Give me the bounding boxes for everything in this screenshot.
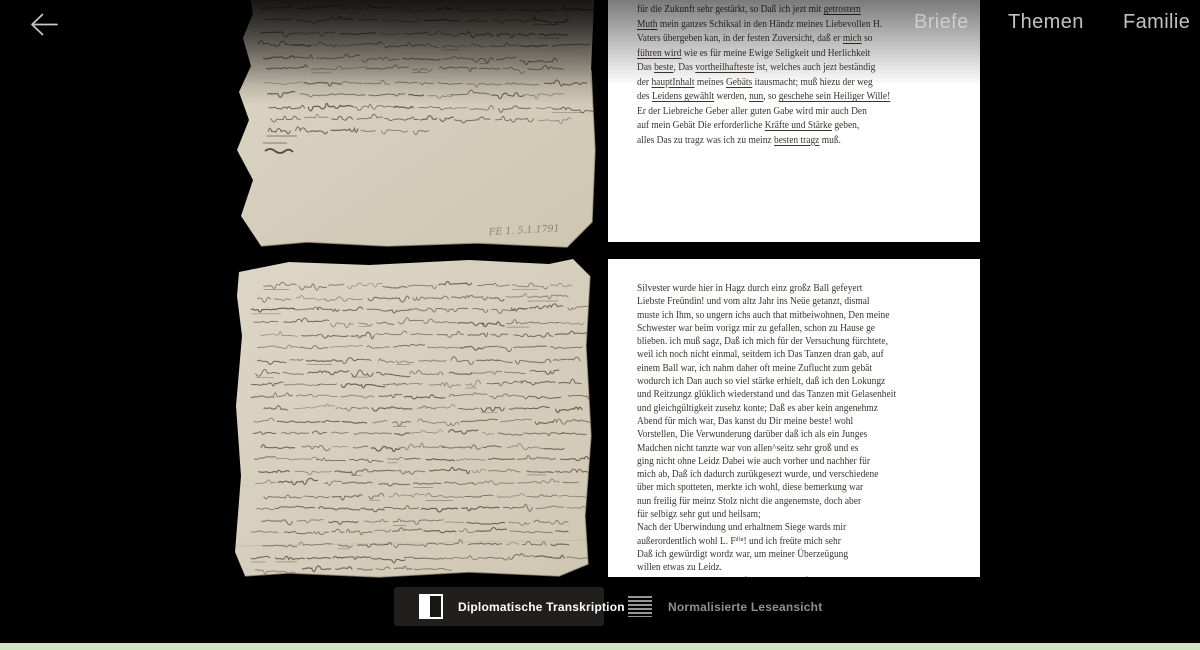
transcription-line: für selbigz sehr gut und heilsam; <box>637 508 980 521</box>
manuscript-bottom-image[interactable] <box>229 256 595 581</box>
transcription-line: der hauptInhalt meines Gebäts itausmacht… <box>637 76 980 91</box>
transcription-line: Schwester war beim vorigz mir zu gefalle… <box>637 322 980 335</box>
transcription-line: Er der Liebreiche Geber aller guten Gabe… <box>637 105 980 120</box>
transcription-line: weil ich noch nicht einmal, seitdem ich … <box>637 348 980 361</box>
nav-item-briefe[interactable]: Briefe <box>914 11 969 34</box>
transcription-line: und gleichgültigkeit zusehz konte; Daß e… <box>637 402 980 415</box>
transcription-line: Abend für mich war, Das kanst du Dir mei… <box>637 415 980 428</box>
nav-item-themen[interactable]: Themen <box>1008 11 1084 34</box>
transcription-line: Das beste, Das vortheilhafteste ist, wel… <box>637 61 980 76</box>
transcription-line: Madchen nicht tanzte war von allen^seitz… <box>637 442 980 455</box>
transcription-panel-bottom[interactable]: Silvester wurde hier in Hagz durch einz … <box>608 259 980 577</box>
split-page-icon <box>419 594 443 619</box>
transcription-text-bottom: Silvester wurde hier in Hagz durch einz … <box>637 282 980 577</box>
transcription-line: willen etwas zu Leidz. <box>637 561 980 574</box>
bottom-accent-bar <box>0 643 1200 650</box>
transcription-line: Liebste Freündin! und vom altz Jahr ins … <box>637 295 980 308</box>
diplomatic-transcription-button[interactable]: Diplomatische Transkription <box>394 587 604 626</box>
transcription-line: Vorstellen, Die Verwunderung darüber daß… <box>637 428 980 441</box>
transcription-line: führen wird wie es für meine Ewige Selig… <box>637 47 980 62</box>
transcription-line: Nach der Uberwindung und erhaltnem Siege… <box>637 521 980 534</box>
transcription-line: muste ich Ihm, so ungern ichs auch that … <box>637 309 980 322</box>
nav-item-familie[interactable]: Familie <box>1123 11 1190 34</box>
text-lines-icon <box>628 596 652 617</box>
transcription-line: wodurch ich Dan auch so viel stärke erhi… <box>637 375 980 388</box>
normalized-view-button[interactable]: Normalisierte Leseansicht <box>618 587 794 626</box>
view-mode-toolbar: Diplomatische Transkription Normalisiert… <box>0 587 1200 626</box>
page-root: FE 1. 5.1.1791 für die Zukunft sehr gest… <box>0 0 1200 650</box>
transcription-line: außerordentlich wohl L. Fᵈⁱⁿ! und ich fr… <box>637 535 980 548</box>
transcription-line: ging nicht ohne Leidz Dabei wie auch vor… <box>637 455 980 468</box>
transcription-line: Silvester wurde hier in Hagz durch einz … <box>637 282 980 295</box>
button-label: Diplomatische Transkription <box>458 600 625 614</box>
top-navigation: Briefe Themen Familie <box>0 0 1200 48</box>
transcription-line: einem Ball war, ich nahm daher oft meine… <box>637 362 980 375</box>
transcription-line: alles Das zu tragz was ich zu meinz best… <box>637 134 980 149</box>
transcription-line: mich ab, Daß ich dadurch zurükgesezt wur… <box>637 468 980 481</box>
transcription-line: auf mein Gebät Die erforderliche Kräfte … <box>637 119 980 134</box>
transcription-line: und Reitzungz glüklich wiederstand und d… <box>637 388 980 401</box>
transcription-line: über mich spotteten, merkte ich wohl, di… <box>637 481 980 494</box>
transcription-line: blieben. ich muß sagz, Daß ich mich für … <box>637 335 980 348</box>
transcription-line: Daß ich gewürdigt wordz war, um meiner Ü… <box>637 548 980 561</box>
transcription-line: des Leidens gewählt werden, nun, so gesc… <box>637 90 980 105</box>
transcription-line: nun freilig für meinz Stolz nicht die an… <box>637 495 980 508</box>
button-label: Normalisierte Leseansicht <box>668 600 822 614</box>
transcription-line: D. l. Man und Schwabi empfehl ich mich a… <box>637 575 980 577</box>
